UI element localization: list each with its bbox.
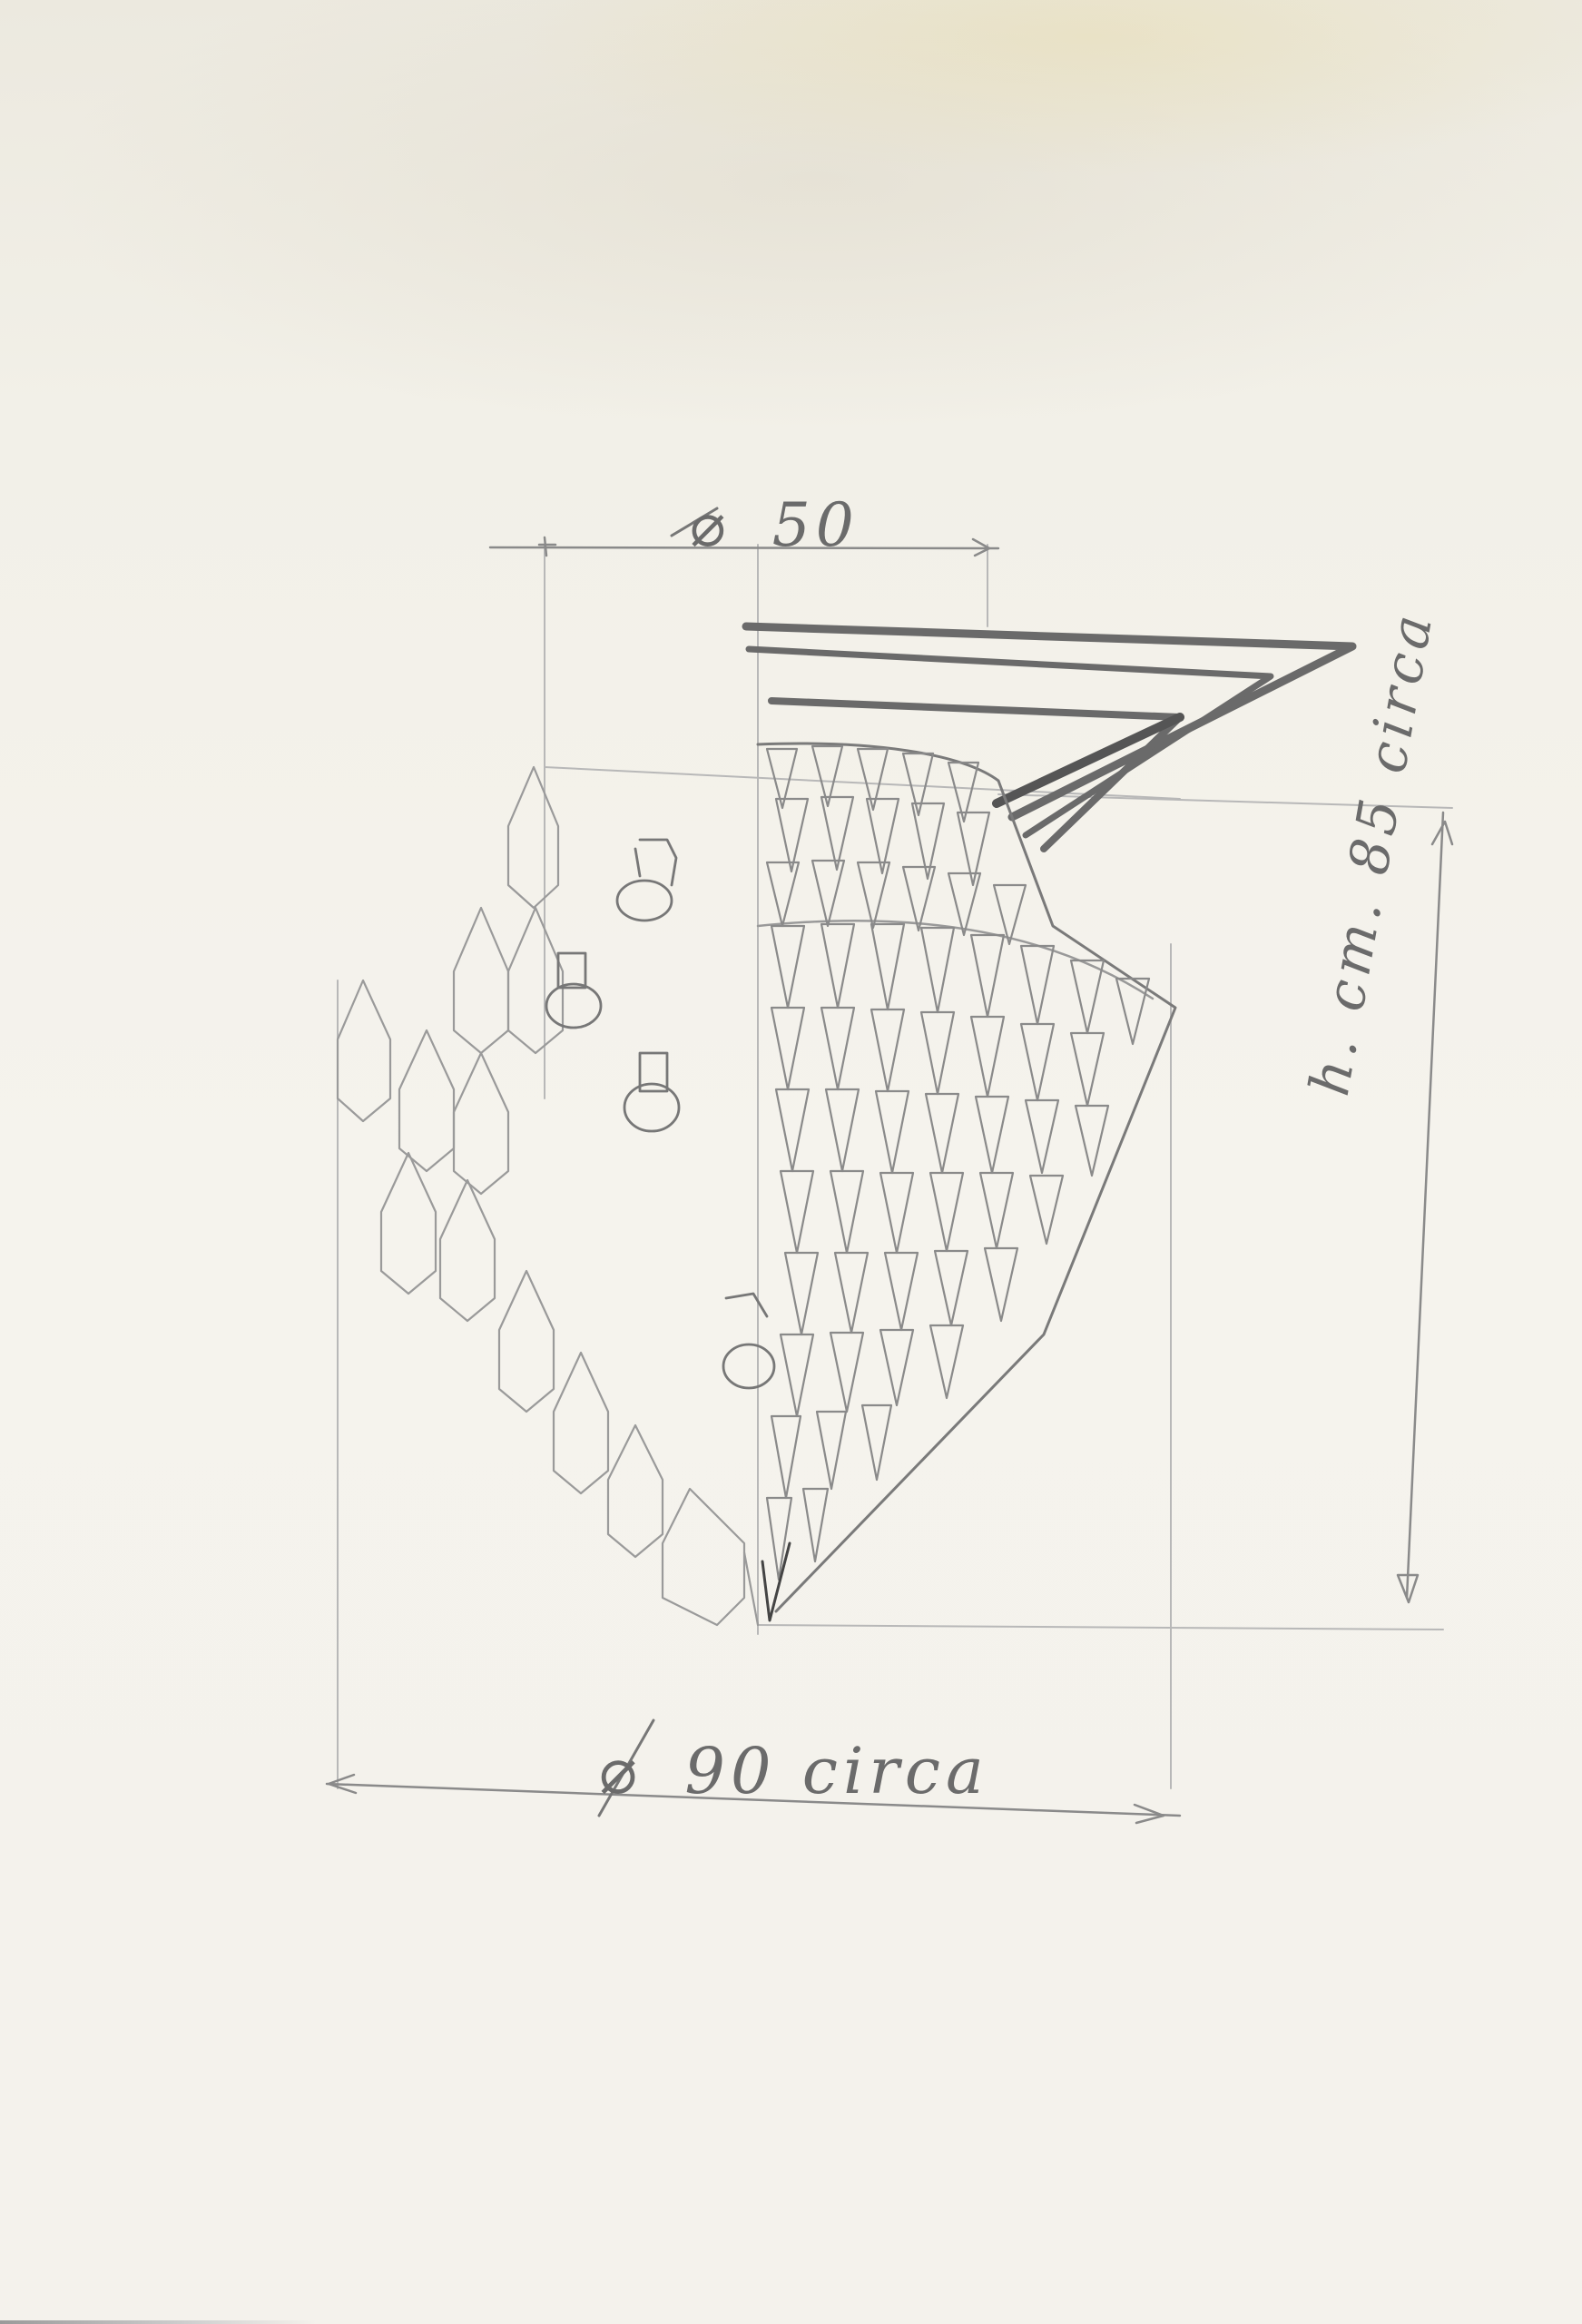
bulb-sockets (546, 840, 774, 1388)
diameter-symbol: ⌀ (599, 1734, 643, 1808)
paper-sheet: ⌀ 50 ⌀ 90 circa h. cm. 85 circa (0, 0, 1582, 2324)
lamp-sketch (0, 0, 1582, 2324)
diameter-symbols (599, 508, 717, 1816)
construction-lines (338, 545, 1452, 1788)
paper-edge (0, 2320, 1582, 2324)
wall-bracket (746, 626, 1352, 849)
crystal-prisms (762, 746, 1149, 1620)
bulb-socket-2 (546, 953, 601, 1028)
bulb-socket-4 (723, 1294, 774, 1388)
top-diameter-value: 50 (772, 490, 860, 560)
top-diameter-label: ⌀ 50 (690, 490, 860, 560)
bulb-socket-1 (617, 840, 676, 921)
bottom-diameter-label: ⌀ 90 circa (599, 1734, 989, 1808)
height-dimension-line (1398, 812, 1452, 1602)
bottom-diameter-value: 90 circa (684, 1734, 988, 1808)
bulb-socket-3 (624, 1053, 679, 1131)
diameter-symbol: ⌀ (690, 490, 732, 560)
hexagon-pattern (338, 767, 758, 1625)
